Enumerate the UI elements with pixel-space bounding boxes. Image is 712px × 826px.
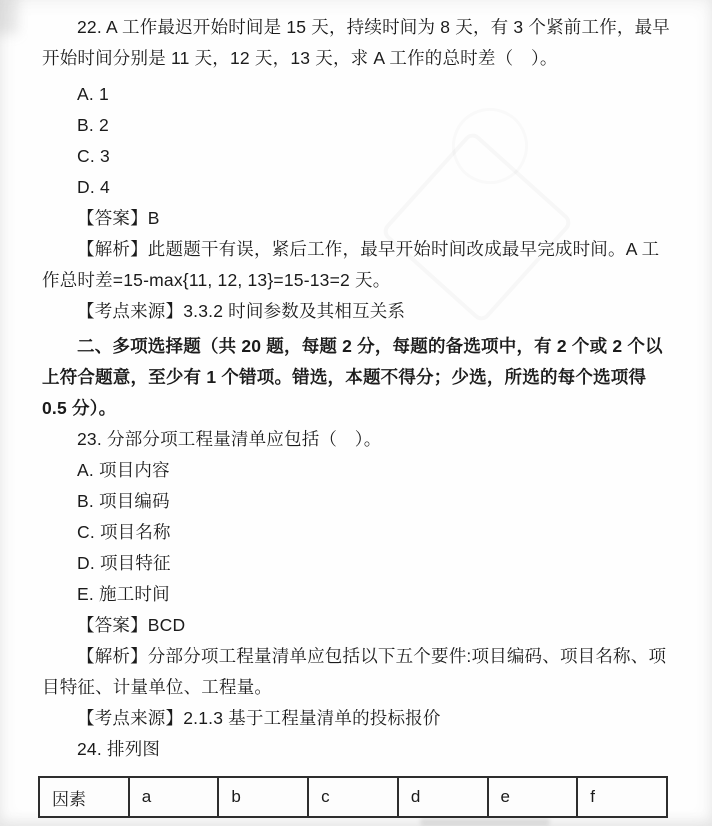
question-23-option-a: A. 项目内容 [42, 455, 674, 486]
question-23-analysis: 【解析】分部分项工程量清单应包括以下五个要件:项目编码、项目名称、项目特征、计量… [42, 641, 674, 703]
table-cell-factor: 因素 [39, 777, 129, 817]
question-23-option-e: E. 施工时间 [42, 579, 674, 610]
question-23-source: 【考点来源】2.1.3 基于工程量清单的投标报价 [42, 703, 674, 734]
scanned-exam-page: 22. A 工作最迟开始时间是 15 天，持续时间为 8 天，有 3 个紧前工作… [0, 0, 712, 826]
question-23-answer: 【答案】BCD [42, 610, 674, 641]
table-cell-f: f [577, 777, 667, 817]
question-22-option-d: D. 4 [42, 172, 674, 203]
table-cell-d: d [398, 777, 488, 817]
table-cell-e: e [488, 777, 578, 817]
question-23-option-b: B. 项目编码 [42, 486, 674, 517]
question-24-table: 因素 a b c d e f [38, 776, 668, 818]
document-body: 22. A 工作最迟开始时间是 15 天，持续时间为 8 天，有 3 个紧前工作… [0, 0, 712, 818]
table-cell-b: b [218, 777, 308, 817]
section-2-header: 二、多项选择题（共 20 题，每题 2 分，每题的备选项中，有 2 个或 2 个… [42, 331, 674, 424]
question-23-option-d: D. 项目特征 [42, 548, 674, 579]
question-22-stem: 22. A 工作最迟开始时间是 15 天，持续时间为 8 天，有 3 个紧前工作… [42, 12, 674, 74]
question-23-stem: 23. 分部分项工程量清单应包括（ ）。 [42, 424, 674, 455]
scan-bottom-artifact [420, 818, 550, 826]
table-header-row: 因素 a b c d e f [39, 777, 667, 817]
question-22-option-a: A. 1 [42, 79, 674, 110]
question-22-option-c: C. 3 [42, 141, 674, 172]
question-22-answer: 【答案】B [42, 203, 674, 234]
question-22-option-b: B. 2 [42, 110, 674, 141]
question-24-stem: 24. 排列图 [42, 734, 674, 765]
table-cell-a: a [129, 777, 219, 817]
question-23-option-c: C. 项目名称 [42, 517, 674, 548]
question-22-source: 【考点来源】3.3.2 时间参数及其相互关系 [42, 296, 674, 327]
question-22-analysis: 【解析】此题题干有误，紧后工作，最早开始时间改成最早完成时间。A 工作总时差=1… [42, 234, 674, 296]
table-cell-c: c [308, 777, 398, 817]
